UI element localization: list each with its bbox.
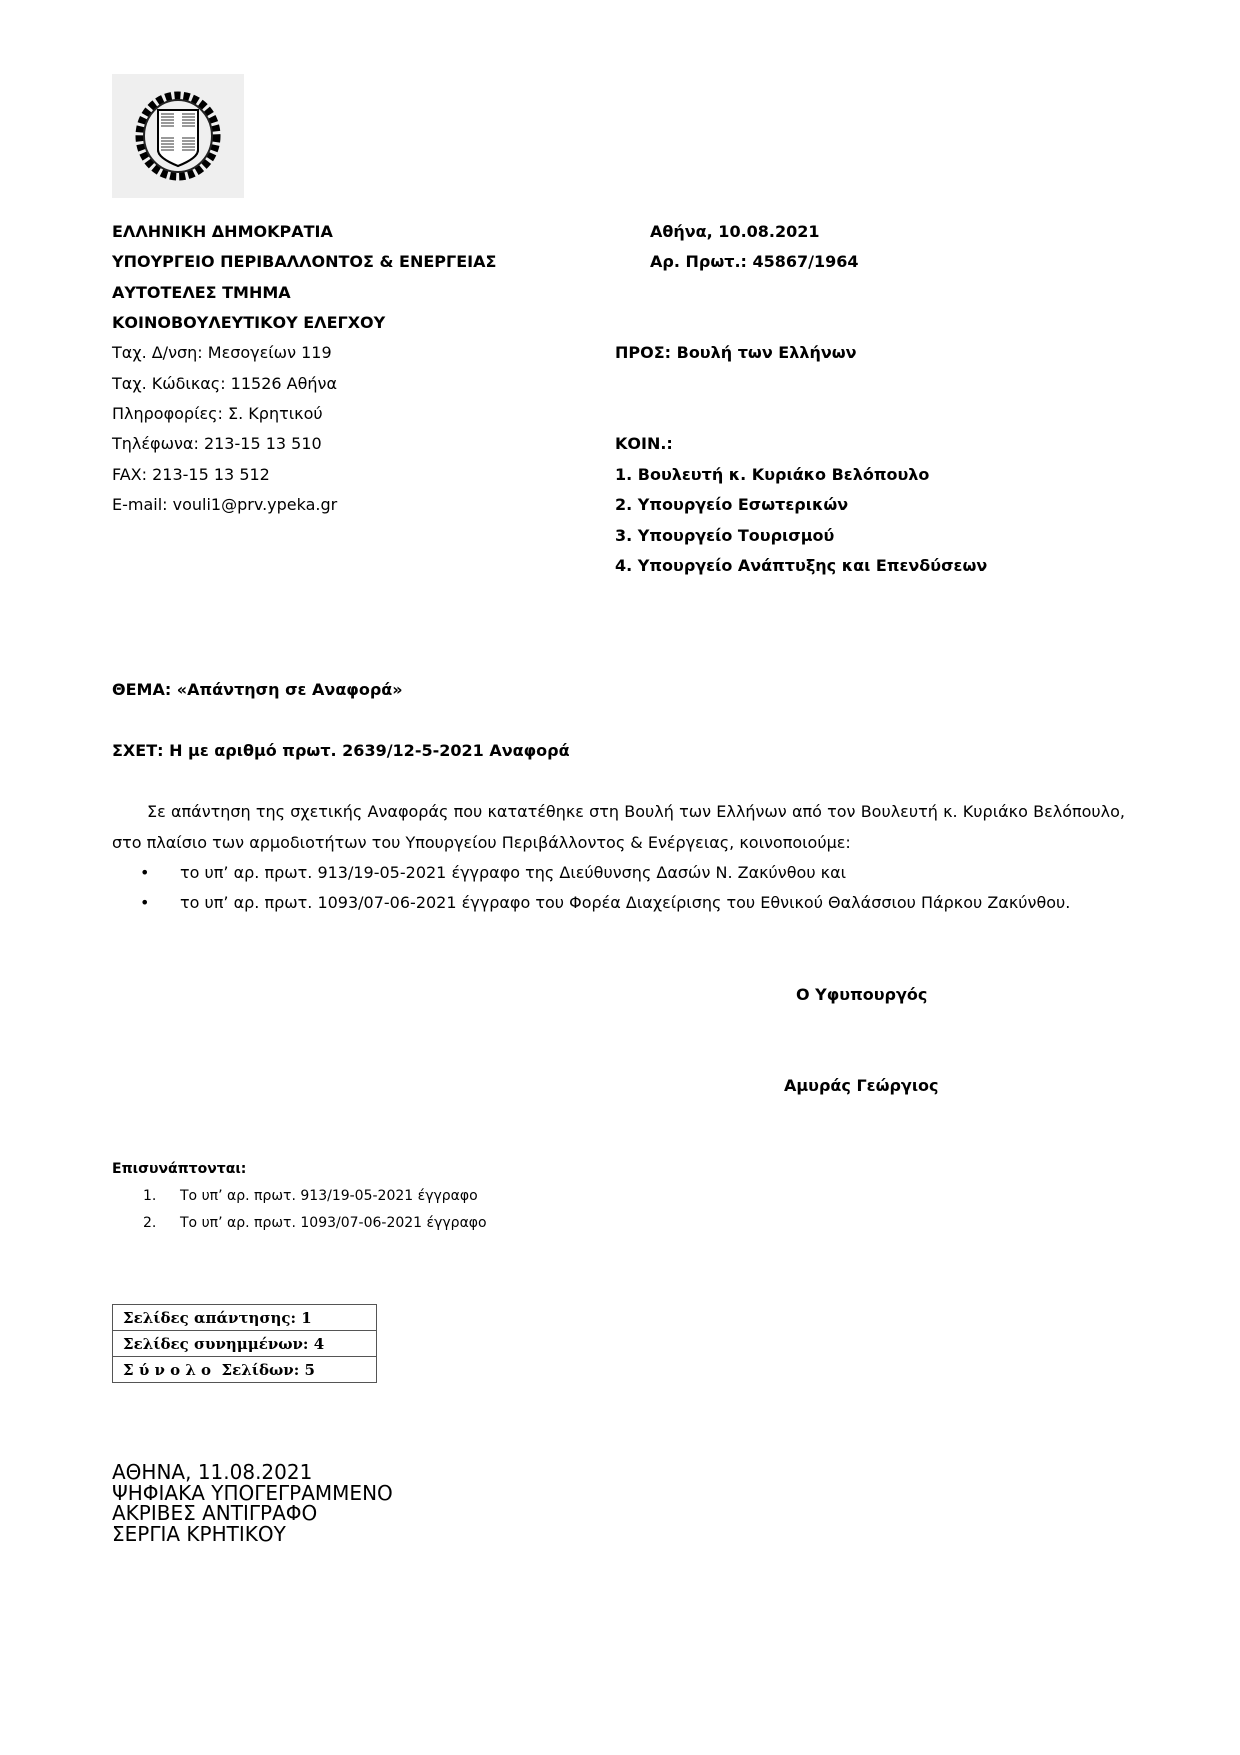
body-bullet: •το υπ’ αρ. πρωτ. 1093/07-06-2021 έγγραφ… xyxy=(140,893,1070,913)
body-bullet: •το υπ’ αρ. πρωτ. 913/19-05-2021 έγγραφο… xyxy=(140,863,846,883)
table-row: Σελίδες απάντησης: 1 xyxy=(113,1305,377,1331)
sender-line-3: ΑΥΤΟΤΕΛΕΣ ΤΜΗΜΑ xyxy=(112,283,291,303)
stamp-line: ΑΚΡΙΒΕΣ ΑΝΤΙΓΡΑΦΟ xyxy=(112,1503,393,1524)
sender-line-2: ΥΠΟΥΡΓΕΙΟ ΠΕΡΙΒΑΛΛΟΝΤΟΣ & ΕΝΕΡΓΕΙΑΣ xyxy=(112,252,496,272)
sender-line-4: ΚΟΙΝΟΒΟΥΛΕΥΤΙΚΟΥ ΕΛΕΓΧΟΥ xyxy=(112,313,385,333)
attachment-item: Το υπ’ αρ. πρωτ. 913/19-05-2021 έγγραφο xyxy=(180,1187,478,1205)
protocol-number: Αρ. Πρωτ.: 45867/1964 xyxy=(650,252,859,272)
bullet-text: το υπ’ αρ. πρωτ. 1093/07-06-2021 έγγραφο… xyxy=(180,893,1070,912)
stamp-line: ΨΗΦΙΑΚΑ ΥΠΟΓΕΓΡΑΜΜΕΝΟ xyxy=(112,1483,393,1504)
sender-line-1: ΕΛΛΗΝΙΚΗ ΔΗΜΟΚΡΑΤΙΑ xyxy=(112,222,333,242)
document-date: Αθήνα, 10.08.2021 xyxy=(650,222,820,242)
stamp-line: ΑΘΗΝΑ, 11.08.2021 xyxy=(112,1462,393,1483)
pages-attachments: Σελίδες συνημμένων: 4 xyxy=(113,1331,377,1357)
digital-signature-stamp: ΑΘΗΝΑ, 11.08.2021 ΨΗΦΙΑΚΑ ΥΠΟΓΕΓΡΑΜΜΕΝΟ … xyxy=(112,1462,393,1544)
bullet-text: το υπ’ αρ. πρωτ. 913/19-05-2021 έγγραφο … xyxy=(180,863,846,882)
cc-item: 1. Βουλευτή κ. Κυριάκο Βελόπουλο xyxy=(615,465,929,485)
emblem-box xyxy=(112,74,244,198)
pages-answer: Σελίδες απάντησης: 1 xyxy=(113,1305,377,1331)
recipient-to: ΠΡΟΣ: Βουλή των Ελλήνων xyxy=(615,343,857,363)
sender-phone: Τηλέφωνα: 213-15 13 510 xyxy=(112,434,322,454)
page-count-table: Σελίδες απάντησης: 1 Σελίδες συνημμένων:… xyxy=(112,1304,377,1383)
greek-coat-of-arms-icon xyxy=(132,88,224,184)
attachment-number: 1. xyxy=(143,1187,156,1205)
table-row: Σ ύ ν ο λ ο Σελίδων: 5 xyxy=(113,1357,377,1383)
cc-item: 2. Υπουργείο Εσωτερικών xyxy=(615,495,848,515)
cc-label: ΚΟΙΝ.: xyxy=(615,434,673,454)
cc-item: 3. Υπουργείο Τουρισμού xyxy=(615,526,834,546)
sender-info: Πληροφορίες: Σ. Κρητικού xyxy=(112,404,323,424)
pages-total: Σ ύ ν ο λ ο Σελίδων: 5 xyxy=(113,1357,377,1383)
stamp-line: ΣΕΡΓΙΑ ΚΡΗΤΙΚΟΥ xyxy=(112,1524,393,1545)
sender-address: Ταχ. Δ/νση: Μεσογείων 119 xyxy=(112,343,332,363)
signatory-name: Αμυράς Γεώργιος xyxy=(784,1076,939,1096)
cc-item: 4. Υπουργείο Ανάπτυξης και Επενδύσεων xyxy=(615,556,987,576)
subject-line: ΘΕΜΑ: «Απάντηση σε Αναφορά» xyxy=(112,680,403,700)
attachment-item: Το υπ’ αρ. πρωτ. 1093/07-06-2021 έγγραφο xyxy=(180,1214,487,1232)
table-row: Σελίδες συνημμένων: 4 xyxy=(113,1331,377,1357)
bullet-icon: • xyxy=(140,893,180,913)
reference-line: ΣΧΕΤ: Η με αριθμό πρωτ. 2639/12-5-2021 Α… xyxy=(112,741,570,761)
body-paragraph: Σε απάντηση της σχετικής Αναφοράς που κα… xyxy=(112,797,1125,858)
attachment-number: 2. xyxy=(143,1214,156,1232)
attachments-label: Επισυνάπτονται: xyxy=(112,1160,246,1178)
signatory-title: Ο Υφυπουργός xyxy=(796,985,927,1005)
bullet-icon: • xyxy=(140,863,180,883)
sender-fax: FAX: 213-15 13 512 xyxy=(112,465,270,485)
sender-email[interactable]: E-mail: vouli1@prv.ypeka.gr xyxy=(112,495,337,515)
sender-postcode: Ταχ. Κώδικας: 11526 Αθήνα xyxy=(112,374,337,394)
